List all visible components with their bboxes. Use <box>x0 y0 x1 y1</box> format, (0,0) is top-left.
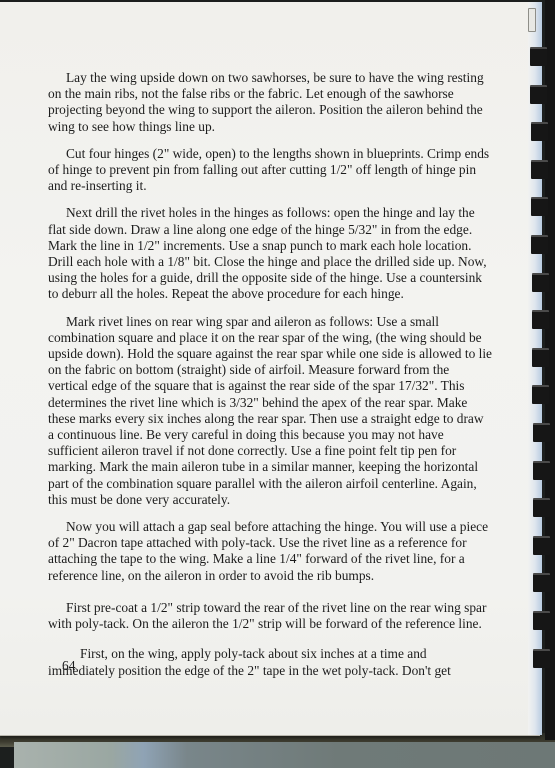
binding-clip-icon <box>528 8 536 32</box>
binding-ring-icon <box>531 122 548 141</box>
paragraph-gap-seal: Now you will attach a gap seal before at… <box>48 519 492 584</box>
binding-ring-icon <box>531 197 548 216</box>
binding-ring-icon <box>533 461 550 480</box>
binding-ring-icon <box>532 348 549 367</box>
paragraph-pre-coat: First pre-coat a 1/2" strip toward the r… <box>48 600 492 632</box>
paragraph-apply-poly-tack: First, on the wing, apply poly-tack abou… <box>48 646 492 678</box>
binding-ring-icon <box>533 611 550 630</box>
binding-ring-icon <box>532 273 549 292</box>
binding-ring-icon <box>532 385 549 404</box>
binding-ring-icon <box>533 536 550 555</box>
binding-ring-icon <box>530 47 547 66</box>
binding-ring-icon <box>533 649 550 668</box>
binding-ring-icon <box>533 498 550 517</box>
binding-ring-icon <box>531 160 548 179</box>
table-surface <box>14 742 555 768</box>
binding-ring-icon <box>532 310 549 329</box>
page-number: 64 <box>62 658 75 674</box>
paragraph-drill-rivet-holes: Next drill the rivet holes in the hinges… <box>48 205 492 302</box>
page-body: Lay the wing upside down on two sawhorse… <box>48 70 492 690</box>
binding-ring-icon <box>530 85 547 104</box>
document-page: Lay the wing upside down on two sawhorse… <box>0 2 540 736</box>
binding-ring-icon <box>533 573 550 592</box>
scanned-page-scene: Lay the wing upside down on two sawhorse… <box>0 0 555 768</box>
paragraph-mark-rivet-lines: Mark rivet lines on rear wing spar and a… <box>48 314 492 508</box>
paragraph-lay-wing: Lay the wing upside down on two sawhorse… <box>48 70 492 135</box>
binding-ring-icon <box>531 235 548 254</box>
binding-ring-icon <box>533 423 550 442</box>
paragraph-cut-hinges: Cut four hinges (2" wide, open) to the l… <box>48 146 492 195</box>
